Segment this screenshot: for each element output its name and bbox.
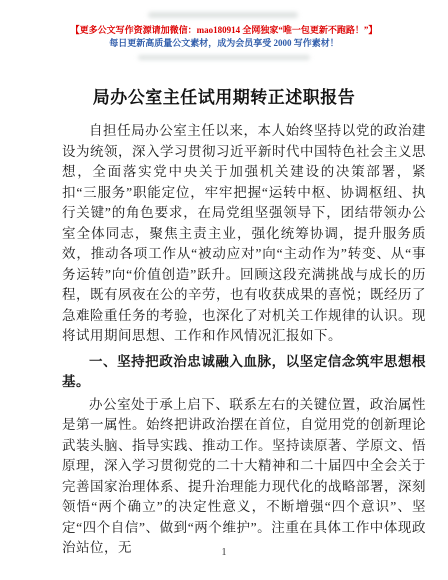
watermark-smudge-bottom: [138, 55, 310, 60]
document-body: 自担任局办公室主任以来，本人始终坚持以党的政治建设为统领，深入学习贯彻习近平新时…: [0, 121, 448, 559]
document-title: 局办公室主任试用期转正述职报告: [0, 86, 448, 110]
page-number: 1: [0, 547, 448, 558]
document-page: 【更多公文写作资源请加微信：mao180914 全网独家“唯一包更新不跑路！”】…: [0, 0, 448, 580]
promo-line-blue: 每日更新高质量公文素材，成为会员享受 2000 写作素材！: [0, 37, 448, 50]
paragraph-section-one: 办公室处于承上启下、联系左右的关键位置，政治属性是第一属性。始终把讲政治摆在首位…: [62, 395, 426, 559]
promo-line-red: 【更多公文写作资源请加微信：mao180914 全网独家“唯一包更新不跑路！”】: [0, 24, 448, 37]
promo-header: 【更多公文写作资源请加微信：mao180914 全网独家“唯一包更新不跑路！”】…: [0, 0, 448, 50]
watermark-smudge-top: [148, 12, 298, 18]
paragraph-intro: 自担任局办公室主任以来，本人始终坚持以党的政治建设为统领，深入学习贯彻习近平新时…: [62, 121, 426, 347]
section-heading: 一、坚持把政治忠诚融入血脉，以坚定信念筑牢思想根基。: [62, 352, 426, 393]
